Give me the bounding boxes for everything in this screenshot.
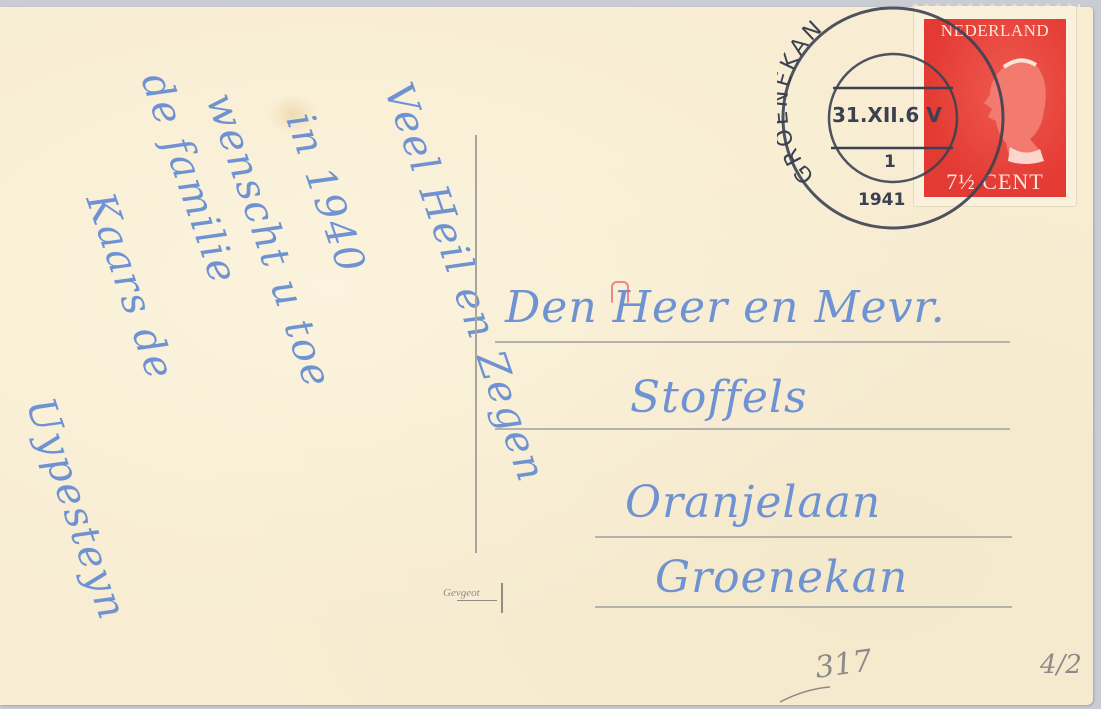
postmark-place: GROENEKAN	[777, 14, 829, 188]
svg-text:GROENEKAN: GROENEKAN	[777, 14, 829, 188]
pencil-note-corner: 4/2	[1040, 650, 1082, 680]
publisher-rule	[501, 583, 503, 613]
address-rule-4	[595, 606, 1012, 608]
address-line-4: Groenekan	[655, 552, 908, 603]
message-line-5: Kaars de	[77, 187, 184, 387]
address-rule-3	[595, 536, 1012, 538]
publisher-mark-text: Gevgeot	[443, 587, 480, 599]
address-line-2: Stoffels	[630, 372, 808, 423]
red-ink-mark	[611, 281, 629, 303]
address-rule-1	[495, 341, 1010, 343]
address-line-3: Oranjelaan	[625, 477, 881, 528]
message-line-6: Uypesteyn	[17, 392, 136, 627]
address-rule-2	[495, 428, 1010, 430]
pencil-flourish	[775, 667, 845, 705]
address-line-1: Den Heer en Mevr.	[505, 282, 946, 333]
postmark-date: 31.XII.6 V	[832, 103, 942, 127]
publisher-underline	[457, 600, 497, 601]
publisher-mark: Gevgeot	[443, 587, 480, 599]
postmark-year: 1941	[858, 190, 905, 210]
postmark-number: 1	[884, 152, 896, 172]
center-divider	[475, 135, 477, 553]
